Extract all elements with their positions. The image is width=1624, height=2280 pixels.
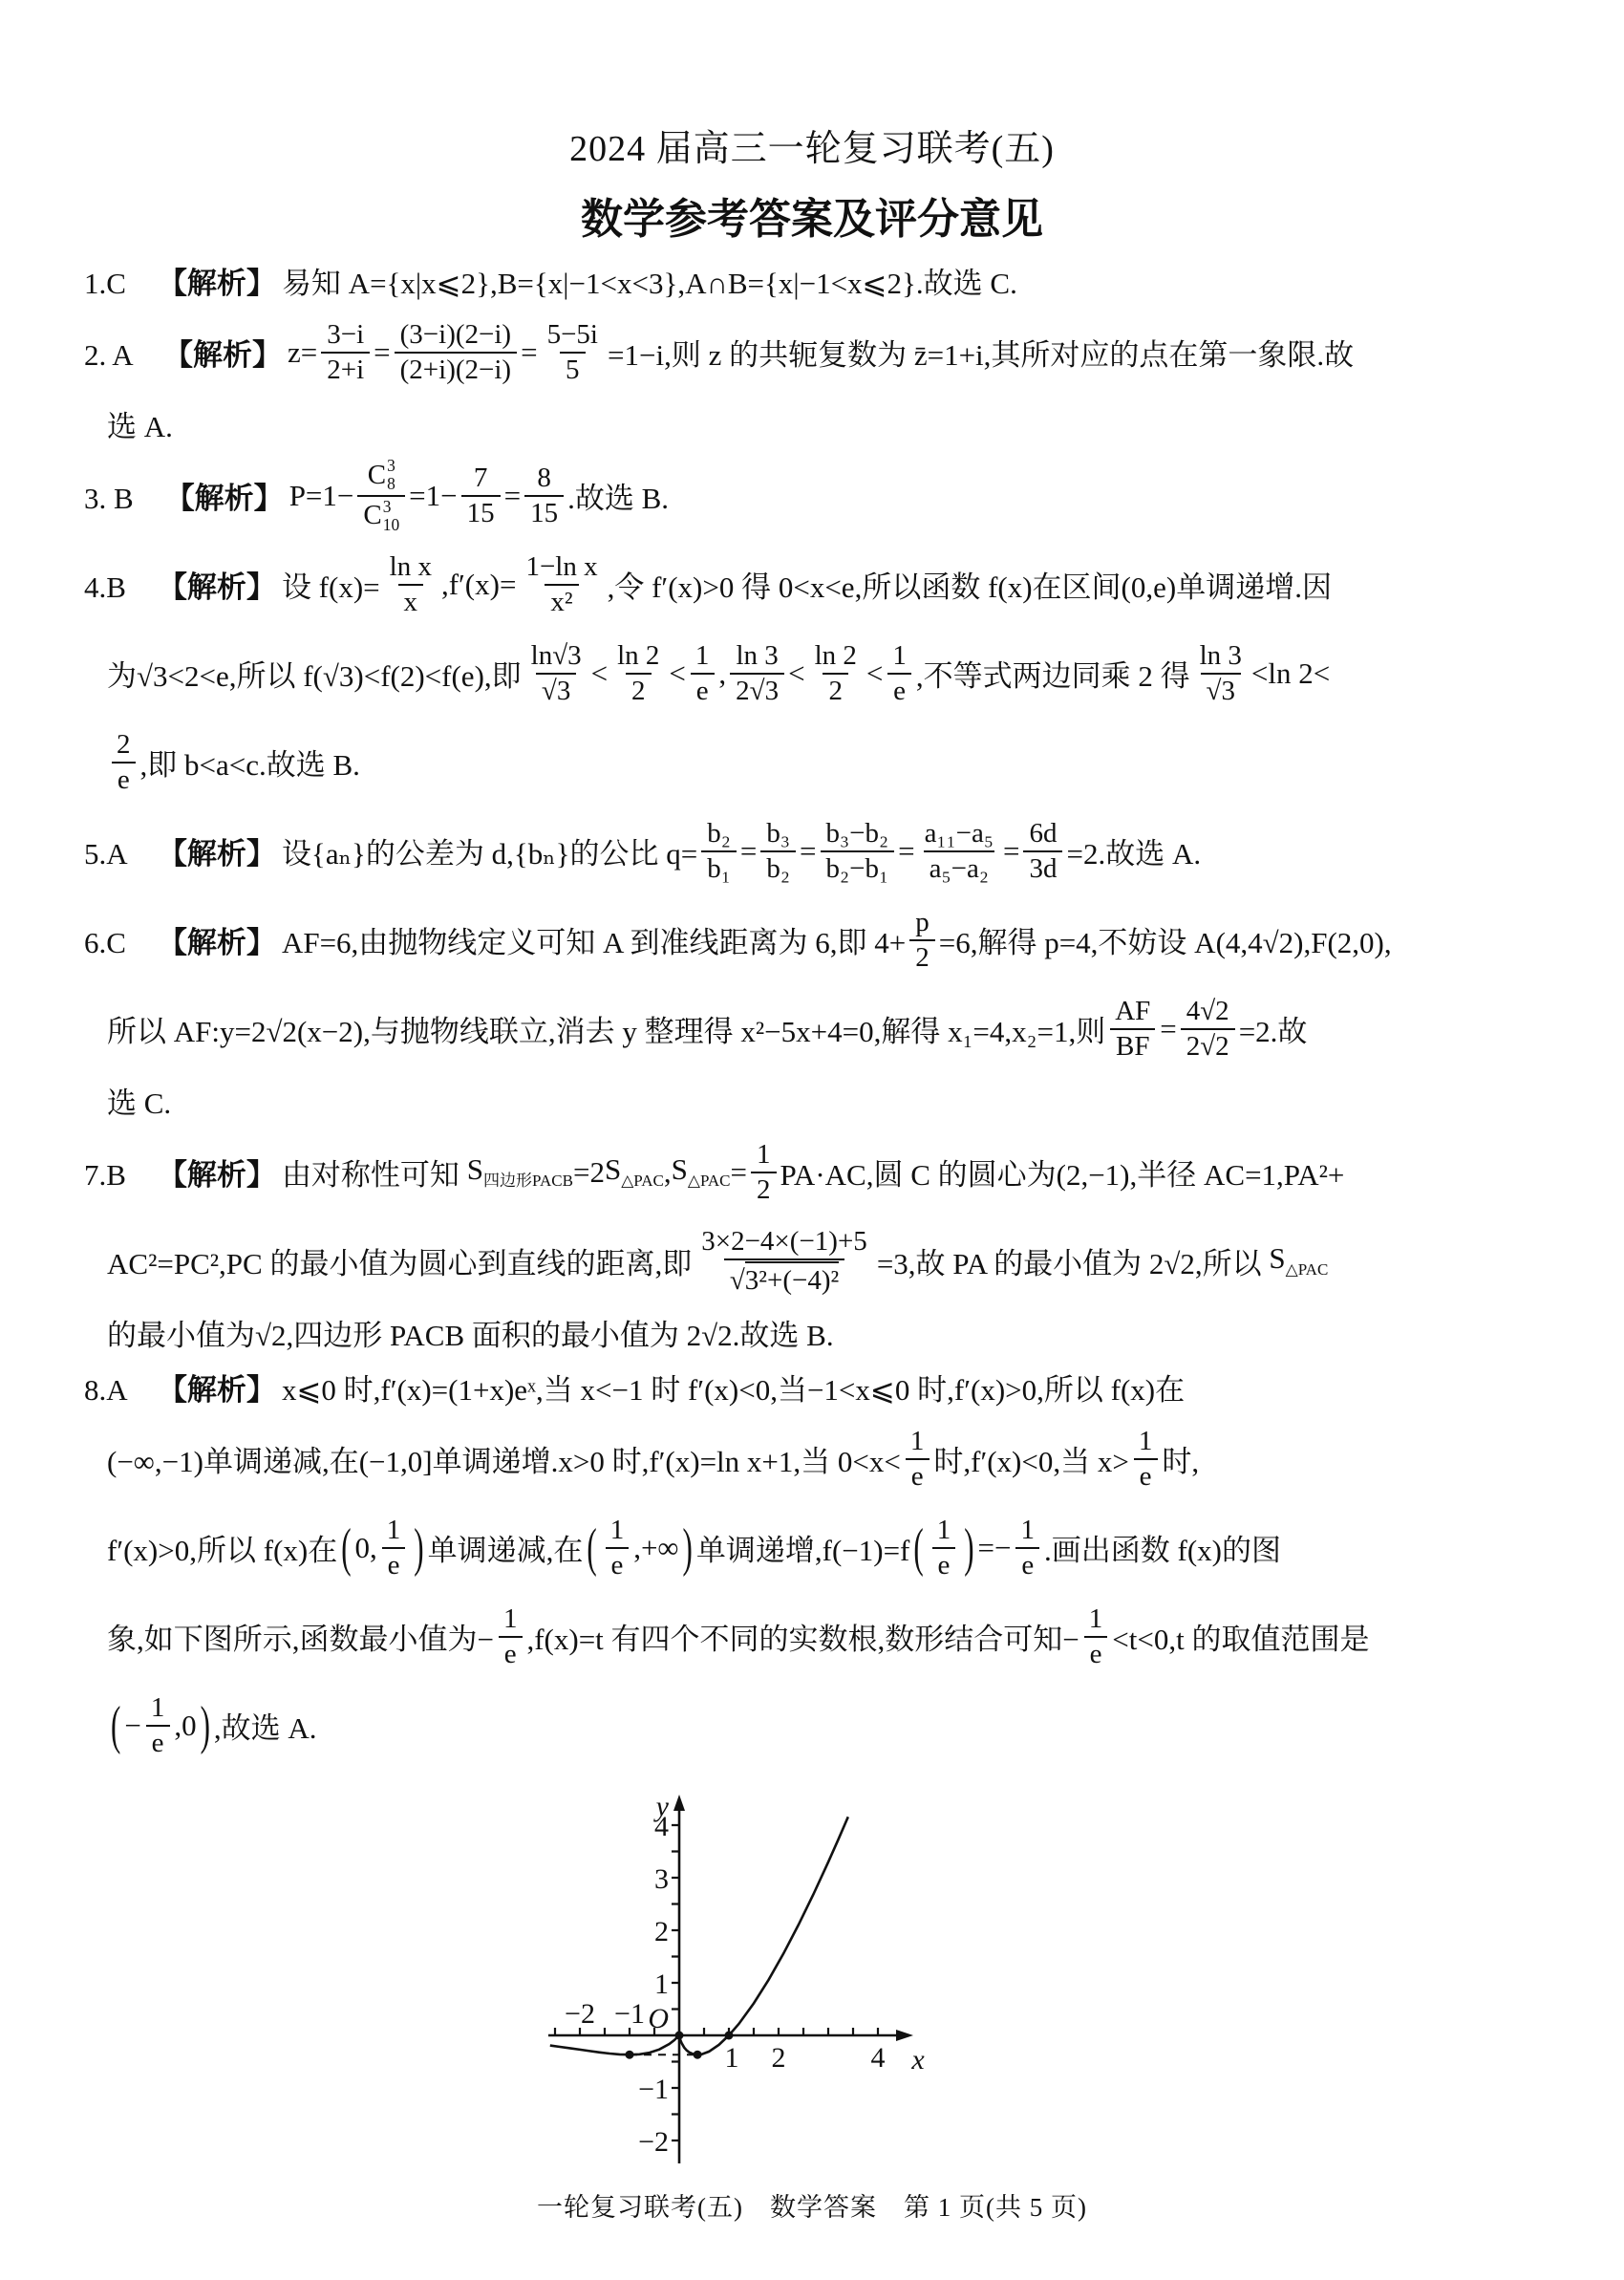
text-run: 象,如下图所示,函数最小值为− [107, 1615, 494, 1658]
x-axis-arrow [896, 2030, 913, 2041]
graph-svg: y x O 4 3 2 1 −1 −2 −2 −1 1 2 4 [527, 1791, 938, 2173]
solution-line: 4.B 【解析】设 f(x)=ln xx,f′(x)=1−ln xx²,令 f′… [84, 540, 1595, 629]
curve-right-branch [679, 1817, 848, 2054]
x-axis-label: x [910, 2044, 925, 2076]
fraction: 1e [1133, 1426, 1159, 1492]
solution-line: 象,如下图所示,函数最小值为−1e,f(x)=t 有四个不同的实数根,数形结合可… [84, 1592, 1595, 1681]
solution-line: 选 C. [84, 1073, 1595, 1128]
text-run: 的最小值为√2,四边形 PACB 面积的最小值为 2√2.故选 B. [107, 1311, 834, 1354]
answer-title: 数学参考答案及评分意见 [0, 184, 1624, 246]
solution-line: (−∞,−1)单调递减,在(−1,0]单调递增.x>0 时,f′(x)=ln x… [84, 1414, 1595, 1503]
fraction: 815 [524, 462, 564, 528]
big-paren: ) [201, 1694, 210, 1756]
fraction: 1e [690, 640, 716, 706]
analysis-tag: 【解析】 [165, 474, 284, 517]
solution-line: 8.A 【解析】x⩽0 时,f′(x)=(1+x)eˣ,当 x<−1 时 f′(… [84, 1360, 1595, 1414]
analysis-tag: 【解析】 [158, 1366, 276, 1409]
text-run: 由对称性可知 [282, 1151, 467, 1194]
text-run: 为√3<2<e,所以 f(√3)<f(2)<f(e),即 [107, 652, 522, 695]
text-run: 3. B [84, 474, 163, 517]
text-run: 设 f(x)= [282, 563, 380, 606]
text-run: = [731, 1155, 747, 1190]
big-paren: ) [683, 1516, 693, 1579]
text-run: PA·AC,圆 C 的圆心为(2,−1),半径 AC=1,PA²+ [780, 1151, 1345, 1194]
combination-symbol: C310 [363, 498, 399, 534]
text-run: =− [978, 1531, 1012, 1565]
text-run: ,f′(x)= [441, 568, 516, 602]
solution-line: 的最小值为√2,四边形 PACB 面积的最小值为 2√2.故选 B. [84, 1305, 1595, 1360]
text-run: ,0 [174, 1709, 196, 1743]
fraction: ln√3√3 [525, 640, 588, 706]
exam-title: 2024 届高三一轮复习联考(五) [0, 118, 1624, 171]
fraction: a₁₁−a₅a₅−a₂ [919, 818, 999, 884]
text-run: = [521, 335, 537, 370]
solution-line: 2. A 【解析】z=3−i2+i=(3−i)(2−i)(2+i)(2−i)=5… [84, 308, 1595, 397]
text-run: ,即 b<a<c.故选 B. [140, 741, 360, 784]
y-tick-label: −1 [638, 2074, 669, 2105]
text-run: ,不等式两边同乘 2 得 [916, 652, 1190, 695]
text-run: ,f(x)=t 有四个不同的实数根,数形结合可知− [526, 1615, 1079, 1658]
fraction: b₃−b₂b₂−b₁ [821, 818, 895, 884]
big-paren: ) [964, 1516, 973, 1579]
text-run: ,令 f′(x)>0 得 0<x<e,所以函数 f(x)在区间(0,e)单调递增… [608, 563, 1332, 606]
fraction: 1e [605, 1515, 630, 1581]
text-run: 选 C. [107, 1079, 171, 1122]
fraction: ln 32√3 [730, 640, 784, 706]
text-run: , [718, 656, 726, 691]
text-run: z= [288, 335, 317, 370]
text-run: = [374, 335, 390, 370]
text-run: 易知 A={x|x⩽2},B={x|−1<x<3},A∩B={x|−1<x⩽2}… [282, 259, 1017, 302]
solution-line: 为√3<2<e,所以 f(√3)<f(2)<f(e),即ln√3√3<ln 22… [84, 629, 1595, 718]
text-run: 1.C [84, 259, 156, 302]
analysis-tag: 【解析】 [163, 331, 282, 374]
text-run: < [788, 656, 804, 691]
point-1overe-min [694, 2051, 702, 2059]
text-run: =6,解得 p=4,不妨设 A(4,4√2),F(2,0), [939, 918, 1392, 961]
y-tick-label: 2 [654, 1916, 669, 1947]
text-run: 时, [1162, 1437, 1199, 1480]
combination-symbol: C38 [368, 457, 395, 493]
text-run: x⩽0 时,f′(x)=(1+x)eˣ,当 x<−1 时 f′(x)<0,当−1… [282, 1366, 1185, 1409]
solution-line: AC²=PC²,PC 的最小值为圆心到直线的距离,即3×2−4×(−1)+5√3… [84, 1216, 1595, 1305]
solution-line: 2e,即 b<a<c.故选 B. [84, 718, 1595, 807]
y-tick-label: 4 [654, 1811, 669, 1842]
text-run: .画出函数 f(x)的图 [1044, 1526, 1281, 1569]
fraction: 1e [1015, 1515, 1041, 1581]
text-run: 5.A [84, 829, 156, 872]
analysis-tag: 【解析】 [158, 259, 276, 302]
fraction: 2e [111, 729, 137, 795]
text-run: f′(x)>0,所以 f(x)在 [107, 1526, 337, 1569]
text-run: < [866, 656, 883, 691]
solution-line: 3. B 【解析】P=1−C38C310=1−715=815.故选 B. [84, 451, 1595, 540]
x-tick-label: −2 [565, 1998, 595, 2030]
y-tick-label: 1 [654, 1968, 669, 2000]
solution-line: f′(x)>0,所以 f(x)在(0,1e)单调递减,在(1e,+∞)单调递增,… [84, 1503, 1595, 1592]
fraction: 1e [905, 1426, 930, 1492]
solution-line: (−1e,0),故选 A. [84, 1681, 1595, 1770]
radical: √3²+(−4)² [730, 1265, 839, 1296]
fraction: 5−5i5 [542, 319, 604, 385]
text-run: < [591, 656, 608, 691]
y-tick-label: 3 [654, 1863, 669, 1895]
text-run: AC²=PC²,PC 的最小值为圆心到直线的距离,即 [107, 1239, 692, 1282]
analysis-tag: 【解析】 [158, 918, 276, 961]
fraction: C38C310 [357, 457, 405, 534]
fraction: 12 [751, 1139, 777, 1205]
fraction: 715 [461, 462, 501, 528]
fraction: 4√22√2 [1181, 996, 1235, 1062]
text-run: , [664, 1155, 672, 1190]
fraction: b₃b₂ [760, 818, 796, 884]
fraction: 1e [887, 640, 912, 706]
text-run: 7.B [84, 1151, 156, 1194]
text-run: = [800, 834, 816, 869]
text-run: AF=6,由抛物线定义可知 A 到准线距离为 6,即 4+ [282, 918, 906, 961]
fraction: 3×2−4×(−1)+5√3²+(−4)² [695, 1226, 873, 1296]
text-run: 6.C [84, 918, 156, 961]
point-origin [675, 2032, 684, 2040]
fraction: 1e [498, 1603, 524, 1669]
page-footer: 一轮复习联考(五) 数学答案 第 1 页(共 5 页) [0, 2186, 1624, 2224]
text-run: .故选 B. [567, 474, 669, 517]
analysis-tag: 【解析】 [158, 829, 276, 872]
text-run: P=1− [289, 479, 354, 513]
fraction: ln 3√3 [1194, 640, 1248, 706]
text-run: (−∞,−1)单调递减,在(−1,0]单调递增.x>0 时,f′(x)=ln x… [107, 1437, 901, 1480]
x-tick-label: 1 [725, 2042, 739, 2074]
solution-line: 5.A 【解析】设{aₙ}的公差为 d,{bₙ}的公比 q=b₂b₁=b₃b₂=… [84, 807, 1595, 895]
big-paren: ) [414, 1516, 423, 1579]
x-tick-label: −1 [614, 1998, 645, 2030]
origin-label: O [648, 2003, 669, 2034]
text-run: = [504, 479, 521, 513]
text-run: <t<0,t 的取值范围是 [1112, 1615, 1369, 1658]
fraction: ln 22 [809, 640, 863, 706]
point-x1 [725, 2032, 734, 2040]
subscripted-symbol: S△PAC [605, 1152, 664, 1191]
solution-line: 6.C 【解析】AF=6,由抛物线定义可知 A 到准线距离为 6,即 4+p2=… [84, 895, 1595, 984]
solution-line: 1.C 【解析】易知 A={x|x⩽2},B={x|−1<x<3},A∩B={x… [84, 253, 1595, 308]
subscripted-symbol: S△PAC [1269, 1241, 1328, 1280]
fraction: 1e [1083, 1603, 1109, 1669]
fraction: ln xx [384, 551, 438, 617]
y-tick-label: −2 [638, 2126, 669, 2158]
big-paren: ( [111, 1694, 120, 1756]
page-header: 2024 届高三一轮复习联考(五) 数学参考答案及评分意见 [0, 0, 1624, 246]
text-run: = [1160, 1012, 1176, 1046]
solutions-list: 1.C 【解析】易知 A={x|x⩽2},B={x|−1<x<3},A∩B={x… [0, 253, 1624, 1770]
big-paren: ( [341, 1516, 351, 1579]
big-paren: ( [587, 1516, 596, 1579]
solution-line: 所以 AF:y=2√2(x−2),与抛物线联立,消去 y 整理得 x²−5x+4… [84, 984, 1595, 1073]
text-run: 选 A. [107, 402, 173, 445]
fraction: 1e [381, 1515, 407, 1581]
fraction: 1−ln xx² [520, 551, 603, 617]
x-tick-label: 4 [871, 2042, 886, 2074]
fraction: p2 [909, 907, 935, 973]
solution-line: 7.B 【解析】由对称性可知 S四边形PACB=2S△PAC,S△PAC=12P… [84, 1128, 1595, 1216]
text-run: 设{aₙ}的公差为 d,{bₙ}的公比 q= [282, 829, 697, 872]
subscripted-symbol: S△PAC [672, 1152, 731, 1191]
y-axis-arrow [673, 1795, 685, 1811]
text-run: = [1003, 834, 1019, 869]
text-run: ,故选 A. [214, 1704, 317, 1747]
fraction: 1e [145, 1692, 171, 1758]
text-run: 0, [355, 1531, 377, 1565]
fraction: ln 22 [611, 640, 665, 706]
text-run: =2 [573, 1155, 605, 1190]
text-run: = [740, 834, 757, 869]
analysis-tag: 【解析】 [158, 563, 276, 606]
text-run: =2.故 [1239, 1007, 1308, 1050]
fraction: b₂b₁ [701, 818, 737, 884]
function-graph: y x O 4 3 2 1 −1 −2 −2 −1 1 2 4 [527, 1791, 938, 2173]
text-run: =1− [409, 479, 457, 513]
text-run: 8.A [84, 1366, 156, 1409]
fraction: 1e [931, 1515, 957, 1581]
text-run: 单调递减,在 [428, 1526, 584, 1569]
text-run: 时,f′(x)<0,当 x> [933, 1437, 1128, 1480]
text-run: 2. A [84, 331, 161, 374]
text-run: 所以 AF:y=2√2(x−2),与抛物线联立,消去 y 整理得 x²−5x+4… [107, 1007, 1105, 1050]
text-run: =3,故 PA 的最小值为 2√2,所以 [877, 1239, 1270, 1282]
analysis-tag: 【解析】 [158, 1151, 276, 1194]
big-paren: ( [913, 1516, 923, 1579]
fraction: (3−i)(2−i)(2+i)(2−i) [395, 319, 517, 385]
text-run: ,+∞ [633, 1531, 678, 1565]
point-minus1-min [626, 2051, 634, 2059]
x-tick-label: 2 [772, 2042, 786, 2074]
fraction: 3−i2+i [321, 319, 370, 385]
subscripted-symbol: S四边形PACB [467, 1152, 573, 1191]
fraction: 6d3d [1023, 818, 1062, 884]
text-run: 单调递增,f(−1)=f [696, 1526, 910, 1569]
fraction: AFBF [1109, 996, 1156, 1062]
text-run: = [898, 834, 914, 869]
text-run: =2.故选 A. [1066, 829, 1201, 872]
text-run: <ln 2< [1251, 656, 1330, 691]
text-run: =1−i,则 z 的共轭复数为 z̄=1+i,其所对应的点在第一象限.故 [608, 331, 1354, 374]
text-run: − [124, 1709, 140, 1743]
solution-line: 选 A. [84, 397, 1595, 451]
answer-sheet-page: 2024 届高三一轮复习联考(五) 数学参考答案及评分意见 1.C 【解析】易知… [0, 0, 1624, 2280]
curve-left-branch [550, 2035, 679, 2054]
text-run: < [669, 656, 685, 691]
text-run: 4.B [84, 563, 156, 606]
